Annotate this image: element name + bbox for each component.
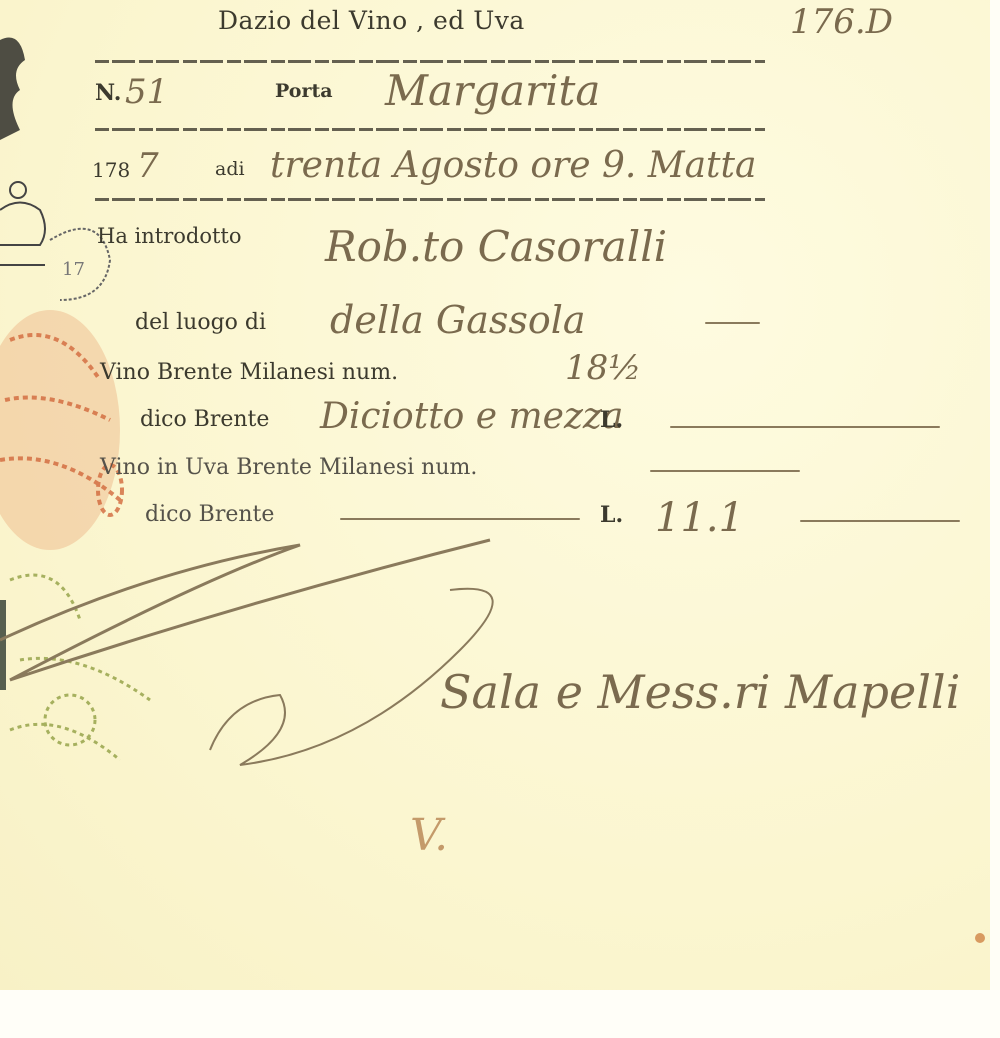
eagle-emblem-icon — [0, 20, 40, 140]
introduced-value: Rob.to Casoralli — [325, 222, 667, 271]
document-title: Dazio del Vino , ed Uva — [218, 6, 525, 35]
grape-line — [650, 470, 800, 472]
wine-lire-label: L. — [600, 407, 623, 433]
place-value: della Gassola — [330, 298, 586, 342]
place-label: del luogo di — [135, 310, 266, 335]
date-label: adi — [215, 158, 245, 180]
wine-words-label: dico Brente — [140, 407, 269, 432]
grape-label: Vino in Uva Brente Milanesi num. — [100, 455, 477, 480]
number-label: N. — [95, 80, 121, 106]
initial-mark: V. — [410, 810, 448, 861]
date-value: trenta Agosto ore 9. Matta — [270, 145, 756, 186]
scan-margin — [0, 990, 1000, 1038]
ink-spot — [975, 933, 985, 943]
year-printed: 178 — [92, 158, 130, 182]
porta-value: Margarita — [385, 66, 600, 115]
wine-words-line — [670, 426, 940, 428]
grape-lire-line — [800, 520, 960, 522]
year-handwritten: 7 — [137, 146, 159, 186]
divider-3 — [95, 198, 765, 201]
svg-text:17: 17 — [62, 259, 85, 280]
divider-1 — [95, 60, 765, 63]
porta-label: Porta — [275, 80, 333, 102]
wine-label: Vino Brente Milanesi num. — [100, 360, 398, 385]
wine-value: 18½ — [565, 348, 641, 388]
place-dash — [705, 322, 760, 324]
signature: Sala e Mess.ri Mapelli — [440, 665, 960, 719]
number-value: 51 — [125, 72, 168, 112]
introduced-label: Ha introdotto — [97, 224, 241, 248]
divider-2 — [95, 128, 765, 131]
reference-number: 176.D — [790, 2, 893, 42]
wine-words-value: Diciotto e mezza — [320, 396, 623, 437]
